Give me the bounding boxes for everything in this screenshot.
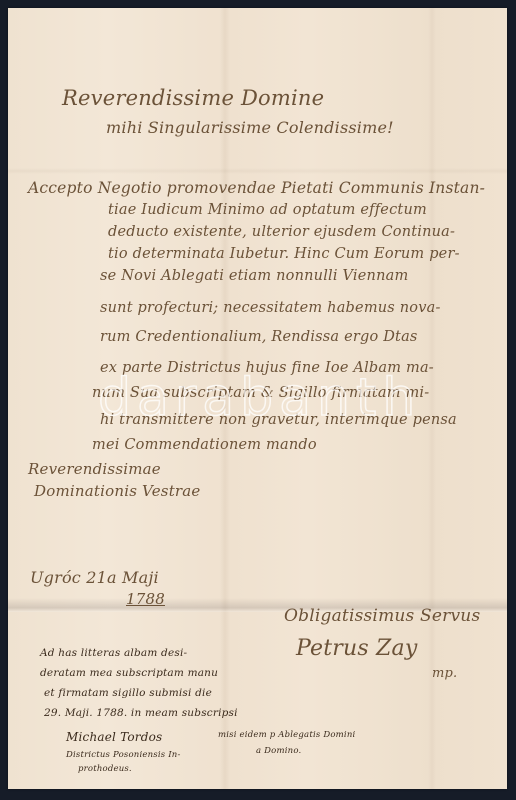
body-line: tio determinata Iubetur. Hinc Cum Eorum …	[108, 244, 460, 265]
body-line: rum Credentionalium, Rendissa ergo Dtas	[100, 327, 418, 348]
salutation-line-1: Reverendissime Domine	[62, 86, 324, 110]
annotation-line: deratam mea subscriptam manu	[40, 666, 218, 681]
horizontal-fold-crease-upper	[8, 168, 507, 174]
annotation-signer-name: Michael Tordos	[66, 730, 162, 745]
annotation-signer-title-2: prothodeus.	[78, 764, 132, 774]
year: 1788	[126, 590, 165, 608]
closing-line-2: Dominationis Vestrae	[34, 482, 201, 500]
side-note-line-2: a Domino.	[256, 746, 301, 756]
annotation-signer-title-1: Districtus Posoniensis In-	[66, 750, 181, 760]
body-line: mei Commendationem mando	[92, 435, 317, 456]
watermark-text: darabanth	[98, 368, 421, 428]
body-line: sunt profecturi; necessitatem habemus no…	[100, 298, 441, 319]
side-note-line-1: misi eidem p Ablegatis Domini	[218, 730, 355, 740]
annotation-line: 29. Maji. 1788. in meam subscripsi	[44, 706, 238, 721]
annotation-line: Ad has litteras albam desi-	[40, 646, 187, 661]
signature-name: Petrus Zay	[296, 636, 417, 661]
annotation-line: et firmatam sigillo submisi die	[44, 686, 212, 701]
signature-closing: Obligatissimus Servus	[284, 606, 480, 626]
salutation-line-2: mihi Singularissime Colendissime!	[106, 118, 394, 137]
body-line: tiae Iudicum Minimo ad optatum effectum	[108, 200, 427, 221]
body-line: se Novi Ablegati etiam nonnulli Viennam	[100, 266, 408, 287]
body-line: deducto existente, ulterior ejusdem Cont…	[108, 222, 455, 243]
closing-line-1: Reverendissimae	[28, 460, 161, 478]
body-line: Accepto Negotio promovendae Pietati Comm…	[28, 178, 485, 199]
signature-flourish: mp.	[432, 666, 457, 681]
place-date: Ugróc 21a Maji	[30, 568, 159, 587]
